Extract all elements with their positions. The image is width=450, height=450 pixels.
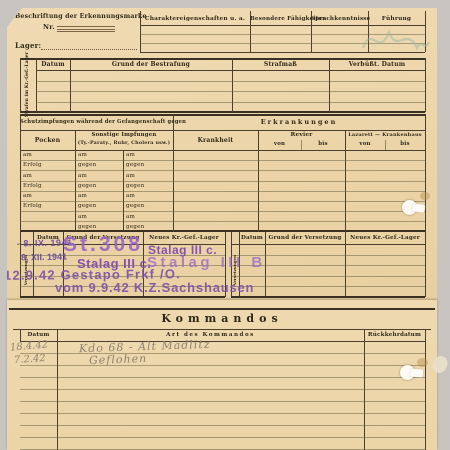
row-line: [20, 191, 425, 192]
lager-dotted-line: [41, 42, 137, 50]
row-line: [20, 425, 425, 426]
versetz-datum-header: Datum: [239, 235, 265, 241]
impf-row-label: gegen: [78, 183, 96, 189]
nr-ruled-line: [57, 26, 115, 27]
impf-row-label: gegen: [78, 162, 96, 168]
impf-row-label: gegen: [126, 162, 144, 168]
date-stamp-2: 8. XII. 1941: [21, 253, 67, 263]
kommandos-datum-header: Datum: [20, 332, 57, 338]
impf-mid-divider: [173, 114, 174, 232]
row-line: [231, 286, 425, 287]
charakter-header: Charaktereigenschaften u. a.: [140, 16, 250, 22]
row-line: [20, 201, 425, 202]
punch-hole-slot: [412, 203, 426, 213]
impf-row-label: am: [23, 152, 32, 158]
impf-row-label: gegen: [78, 203, 96, 209]
impf-subheader-rule: [20, 150, 425, 151]
krankheit-header: Krankheit: [173, 137, 258, 144]
impf-row-label: am: [126, 152, 135, 158]
row-line: [20, 170, 425, 171]
strafen-bottom-rule: [20, 111, 425, 113]
kommandos-top-rule: [9, 308, 435, 310]
impf-row-label: am: [78, 214, 87, 220]
punch-hole-slot: [410, 368, 424, 377]
paper-smudge: [420, 192, 430, 200]
impf-row-label: am: [23, 193, 32, 199]
impf-title-rule: [20, 130, 425, 131]
revier-von-label: von: [258, 141, 301, 147]
impf-right-edge: [425, 114, 426, 232]
impf-row-label: am: [78, 173, 87, 179]
row-line: [36, 81, 425, 82]
header-rule: [231, 244, 425, 245]
kz-sachsenhausen-stamp: vom 9.9.42 K.Z.Sachshausen: [55, 281, 254, 294]
lazarett-header: Lazarett — Krankenhaus: [345, 132, 425, 138]
scanned-document-background: Beschriftung der Erkennungsmarke Nr. Lag…: [0, 0, 450, 450]
impf-row-label: gegen: [78, 224, 96, 230]
strafen-top-rule: [20, 58, 425, 60]
lazarett-von-label: von: [345, 141, 385, 147]
impf-row-label: Erfolg: [23, 162, 42, 168]
row-line: [20, 401, 425, 402]
st308-stamp: St.308: [63, 234, 143, 255]
kommando-entry-text: Geflohen: [89, 353, 148, 366]
impf-row-label: gegen: [126, 183, 144, 189]
impf-row-label: am: [23, 173, 32, 179]
impf-row-label: am: [78, 193, 87, 199]
impf-row-label: am: [126, 214, 135, 220]
nr-label: Nr.: [43, 23, 55, 31]
impf-row-label: Erfolg: [23, 183, 42, 189]
row-line: [20, 377, 425, 378]
impf-top-rule: [20, 114, 425, 116]
header-rule: [36, 70, 425, 71]
impf-row-label: Erfolg: [23, 203, 42, 209]
row-line: [20, 181, 425, 182]
faehigkeiten-header: Besondere Fähigkeiten: [250, 16, 311, 22]
versetz-grund-header: Grund der Versetzung: [265, 235, 345, 241]
versetz-neues-lager-header: Neues Kr.-Gef.-Lager: [345, 235, 425, 241]
title-rule: [13, 329, 431, 330]
impf-row-label: am: [126, 193, 135, 199]
versetz-right-edge: [425, 232, 426, 297]
row-line: [20, 365, 425, 366]
kommandos-title: Kommandos: [7, 312, 437, 325]
strafen-grund-header: Grund der Bestrafung: [70, 61, 232, 68]
row-line: [36, 91, 425, 92]
strafen-verbuesst-header: Verbüßt. Datum: [329, 61, 425, 68]
impf-left-edge: [20, 114, 21, 232]
impf-row-label: am: [126, 173, 135, 179]
row-line: [20, 437, 425, 438]
lazarett-bis-label: bis: [385, 141, 425, 147]
paper-smudge: [417, 358, 428, 367]
impfungen-title: Schutzimpfungen während der Gefangenscha…: [20, 119, 173, 125]
revier-bis-label: bis: [301, 141, 345, 147]
impf-row-label: gegen: [126, 224, 144, 230]
revier-header: Revier: [258, 132, 345, 138]
row-line: [20, 211, 425, 212]
sonstige-impfungen-subtext: (Ty.-Paraty., Ruhr, Cholera usw.): [75, 140, 173, 146]
row-line: [20, 413, 425, 414]
kommando-entry-date: 18.4.42: [10, 340, 49, 353]
versetz-bottom-rule: [231, 296, 425, 298]
erkennungsmarke-title: Beschriftung der Erkennungsmarke: [15, 13, 139, 20]
versetz-neues-lager-header: Neues Kr.-Gef.-Lager: [143, 235, 225, 241]
impf-row-label: gegen: [126, 203, 144, 209]
sonstige-impfungen-header: Sonstige Impfungen: [75, 132, 173, 138]
nr-ruled-line: [57, 29, 115, 30]
strafen-side-label: Strafen im Kr.-Gef.-Lager: [20, 58, 36, 112]
impf-row-label: am: [78, 152, 87, 158]
erkrankungen-title: Erkrankungen: [173, 118, 425, 126]
pow-record-card: Beschriftung der Erkennungsmarke Nr. Lag…: [7, 8, 437, 300]
strafen-right-edge: [425, 58, 426, 112]
pocken-header: Pocken: [20, 137, 75, 144]
kommandos-rueckkehr-header: Rückkehrdatum: [364, 332, 425, 338]
table-right-edge: [425, 329, 426, 450]
strafen-strafmass-header: Strafmaß: [232, 61, 329, 68]
row-line: [36, 102, 425, 103]
pencil-scribble: [359, 18, 431, 60]
row-line: [231, 276, 425, 277]
versetz-bottom-rule: [20, 296, 225, 298]
strafen-datum-header: Datum: [36, 61, 70, 68]
row-line: [20, 221, 425, 222]
impf-bottom-rule: [20, 230, 425, 232]
lager-label: Lager:: [15, 41, 41, 50]
nr-ruled-line: [57, 31, 115, 32]
row-line: [20, 389, 425, 390]
kommandos-card: Kommandos Datum Art des Kommandos Rückke…: [7, 300, 437, 450]
